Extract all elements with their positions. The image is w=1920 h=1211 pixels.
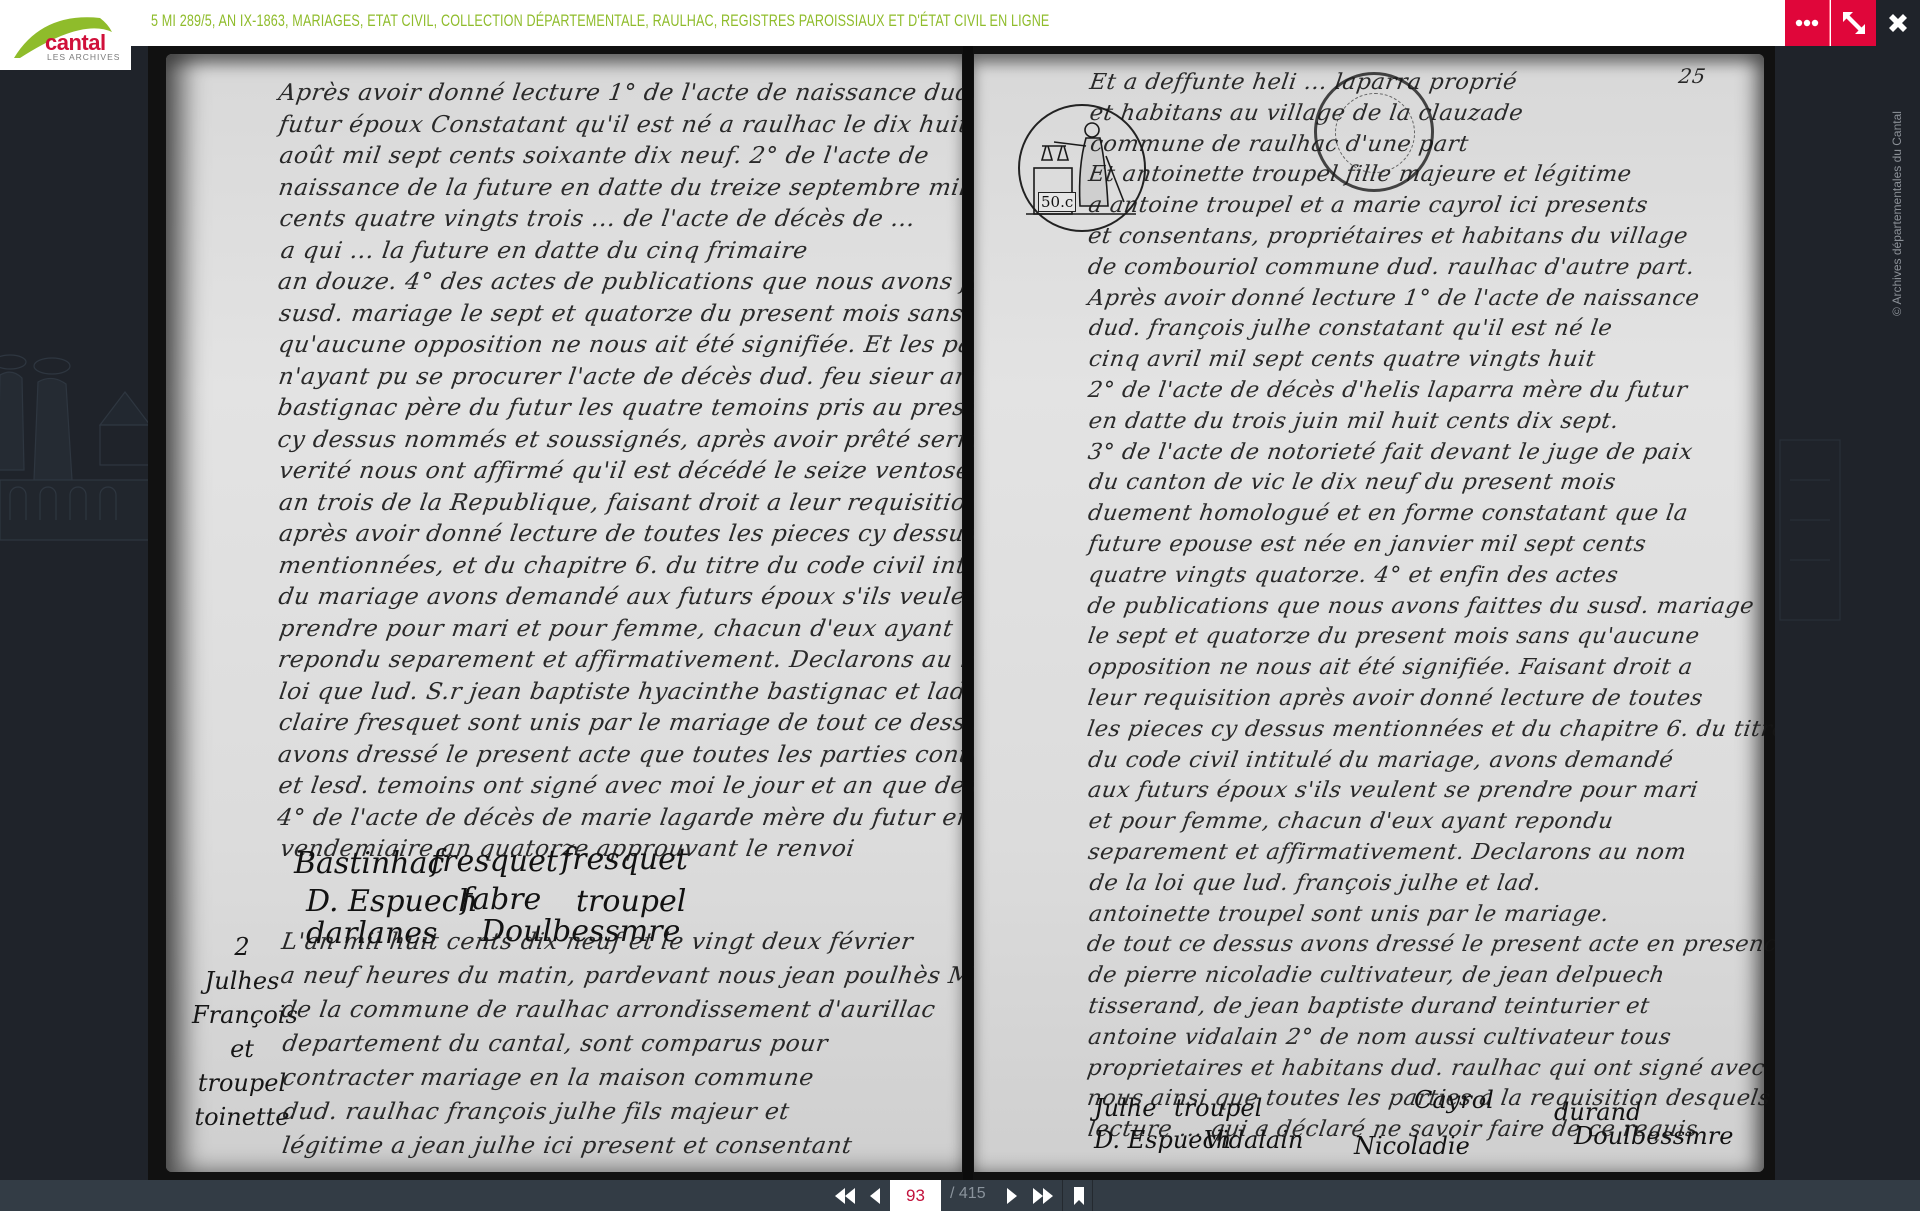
nav-divider (1062, 1180, 1063, 1211)
margin-note-line: toinette (192, 1100, 292, 1134)
stamp-value: 50.c (1038, 192, 1076, 212)
manuscript-line: L'an mil huit cents dix neuf et le vingt… (280, 929, 915, 955)
manuscript-line: a qui ... la future en datte du cinq fri… (279, 238, 810, 264)
signature: troupel (1174, 1094, 1262, 1122)
document-title: 5 MI 289/5, AN IX-1863, MARIAGES, ETAT C… (151, 11, 1049, 31)
manuscript-line: Après avoir donné lecture 1° de l'acte d… (277, 80, 1025, 106)
manuscript-line: proprietaires et habitans dud. raulhac q… (1086, 1056, 1767, 1081)
manuscript-line: du mariage avons demandé aux futurs épou… (277, 584, 1028, 610)
manuscript-line: naissance de la future en datte du treiz… (277, 175, 1030, 201)
manuscript-line: Et antoinette troupel fille majeure et l… (1087, 162, 1633, 187)
manuscript-line: an trois de la Republique, faisant droit… (277, 490, 983, 516)
signature: D. Espuech (306, 884, 478, 919)
manuscript-line: opposition ne nous ait été signifiée. Fa… (1086, 655, 1694, 680)
manuscript-line: de publications que nous avons faittes d… (1086, 594, 1756, 619)
logo-subtitle: LES ARCHIVES (47, 52, 120, 62)
close-icon (1886, 11, 1910, 35)
background-illustration-right (1770, 420, 1860, 640)
fullscreen-toggle-button[interactable] (1831, 0, 1876, 46)
manuscript-line: a antoine troupel et a marie cayrol ici … (1087, 193, 1650, 218)
manuscript-line: du code civil intitulé du mariage, avons… (1086, 748, 1675, 773)
manuscript-line: 2° de l'acte de décès d'helis laparra mè… (1086, 378, 1689, 403)
expand-icon (1841, 10, 1867, 36)
manuscript-line: an douze. 4° des actes de publications q… (276, 269, 1080, 295)
manuscript-line: de la commune de raulhac arrondissement … (280, 997, 937, 1023)
header-bar: 5 MI 289/5, AN IX-1863, MARIAGES, ETAT C… (0, 0, 1920, 46)
signature: Doulbessmre (1574, 1122, 1733, 1150)
manuscript-line: les pieces cy dessus mentionnées et du c… (1085, 717, 1775, 742)
right-page: 50.c 25 Et a deffunte heli ... laparra p… (974, 54, 1764, 1172)
manuscript-line: loi que lud. S.r jean baptiste hyacinthe… (277, 679, 975, 705)
bookmark-button[interactable] (1064, 1180, 1094, 1211)
signature: fabre (461, 882, 541, 917)
manuscript-line: qu'aucune opposition ne nous ait été sig… (277, 332, 1031, 358)
manuscript-line: future epouse est née en janvier mil sep… (1087, 532, 1648, 557)
close-viewer-button[interactable] (1876, 0, 1920, 46)
manuscript-line: mentionnées, et du chapitre 6. du titre … (277, 553, 1024, 579)
last-page-icon (1032, 1187, 1054, 1205)
manuscript-line: après avoir donné lecture de toutes les … (277, 521, 978, 547)
next-page-icon (1006, 1187, 1018, 1205)
manuscript-line: de la loi que lud. françois julhe et lad… (1088, 871, 1543, 896)
ellipsis-icon (1795, 19, 1819, 27)
manuscript-line: susd. mariage le sept et quatorze du pre… (277, 301, 965, 327)
manuscript-line: claire fresquet sont unis par le mariage… (277, 710, 995, 736)
manuscript-line: antoine vidalain 2° de nom aussi cultiva… (1086, 1025, 1672, 1050)
last-page-button[interactable] (1028, 1180, 1058, 1211)
background-illustration (0, 320, 150, 560)
manuscript-line: duement homologué et en forme constatant… (1086, 501, 1689, 526)
folio-number: 25 (1677, 64, 1707, 88)
manuscript-line: et lesd. temoins ont signé avec moi le j… (277, 773, 1028, 799)
manuscript-line: Et a deffunte heli ... laparra proprié (1088, 70, 1519, 95)
previous-page-icon (869, 1187, 881, 1205)
manuscript-line: août mil sept cents soixante dix neuf. 2… (278, 143, 931, 169)
first-page-icon (834, 1187, 856, 1205)
nav-divider (1092, 1180, 1093, 1211)
archive-viewer: 5 MI 289/5, AN IX-1863, MARIAGES, ETAT C… (0, 0, 1920, 1211)
manuscript-line: légitime a jean julhe ici present et con… (281, 1133, 854, 1159)
manuscript-line: en datte du trois juin mil huit cents di… (1087, 409, 1620, 434)
manuscript-line: separement et affirmativement. Declarons… (1086, 840, 1688, 865)
margin-note-line: François (192, 998, 292, 1032)
manuscript-line: de combouriol commune dud. raulhac d'aut… (1086, 255, 1696, 280)
margin-note: 2JulhesFrançoisettroupeltoinette (192, 930, 292, 1134)
manuscript-line: cents quatre vingts trois ... de l'acte … (278, 206, 917, 232)
manuscript-line: aux futurs époux s'ils veulent se prendr… (1086, 778, 1699, 803)
signature: Vidalain (1204, 1126, 1303, 1154)
manuscript-line: futur époux Constatant qu'il est né a ra… (277, 112, 970, 138)
signature: Cayrol (1414, 1086, 1494, 1114)
manuscript-line: le sept et quatorze du present mois sans… (1086, 624, 1701, 649)
manuscript-line: et habitans au village de la clauzade (1088, 101, 1525, 126)
manuscript-line: tisserand, de jean baptiste durand teint… (1087, 994, 1652, 1019)
signature: Bastinhac (294, 846, 444, 881)
more-options-button[interactable] (1785, 0, 1830, 46)
manuscript-line: cinq avril mil sept cents quatre vingts … (1087, 347, 1597, 372)
next-page-button[interactable] (997, 1180, 1027, 1211)
margin-note-line: troupel (192, 1066, 292, 1100)
signature: Julhe (1094, 1094, 1156, 1122)
signature: fresquet (561, 842, 688, 877)
manuscript-line: 3° de l'acte de notorieté fait devant le… (1086, 440, 1694, 465)
copyright-notice: © Archives départementales du Cantal (1890, 111, 1904, 316)
manuscript-line: dud. raulhac françois julhe fils majeur … (281, 1099, 791, 1125)
manuscript-line: dud. françois julhe constatant qu'il est… (1087, 316, 1614, 341)
manuscript-line: commune de raulhac d'une part (1089, 132, 1471, 157)
margin-note-line: et (192, 1032, 292, 1066)
left-page: Après avoir donné lecture 1° de l'acte d… (166, 54, 962, 1172)
margin-note-line: Julhes (192, 964, 292, 998)
manuscript-line: departement du cantal, sont comparus pou… (281, 1031, 830, 1057)
manuscript-line: contracter mariage en la maison commune (281, 1065, 816, 1091)
cantal-archives-logo[interactable]: cantal LES ARCHIVES (0, 0, 131, 70)
margin-note-line: 2 (192, 930, 292, 964)
manuscript-line: Après avoir donné lecture 1° de l'acte d… (1086, 286, 1701, 311)
manuscript-line: n'ayant pu se procurer l'acte de décès d… (277, 364, 1035, 390)
manuscript-line: et consentans, propriétaires et habitans… (1086, 224, 1689, 249)
book-spine (963, 46, 973, 1180)
manuscript-line: quatre vingts quatorze. 4° et enfin des … (1087, 563, 1620, 588)
current-page-input[interactable] (890, 1180, 941, 1211)
previous-page-button[interactable] (860, 1180, 890, 1211)
manuscript-line: de pierre nicoladie cultivateur, de jean… (1087, 963, 1667, 988)
manuscript-line: de tout ce dessus avons dressé le presen… (1085, 932, 1775, 957)
document-image[interactable]: Après avoir donné lecture 1° de l'acte d… (148, 46, 1775, 1180)
manuscript-line: verité nous ont affirmé qu'il est décédé… (277, 458, 972, 484)
signature: fresquet (431, 844, 558, 879)
manuscript-line: prendre pour mari et pour femme, chacun … (278, 616, 955, 642)
page-navigation-bar: / 415 (0, 1180, 1920, 1211)
manuscript-line: antoinette troupel sont unis par le mari… (1087, 902, 1611, 927)
manuscript-line: a neuf heures du matin, pardevant nous j… (279, 963, 1024, 989)
first-page-button[interactable] (830, 1180, 860, 1211)
signature: Nicoladie (1354, 1132, 1470, 1160)
manuscript-line: leur requisition après avoir donné lectu… (1086, 686, 1704, 711)
bookmark-icon (1073, 1186, 1085, 1206)
total-pages: / 415 (950, 1185, 986, 1203)
manuscript-line: et pour femme, chacun d'eux ayant repond… (1087, 809, 1615, 834)
manuscript-line: du canton de vic le dix neuf du present … (1087, 470, 1618, 495)
